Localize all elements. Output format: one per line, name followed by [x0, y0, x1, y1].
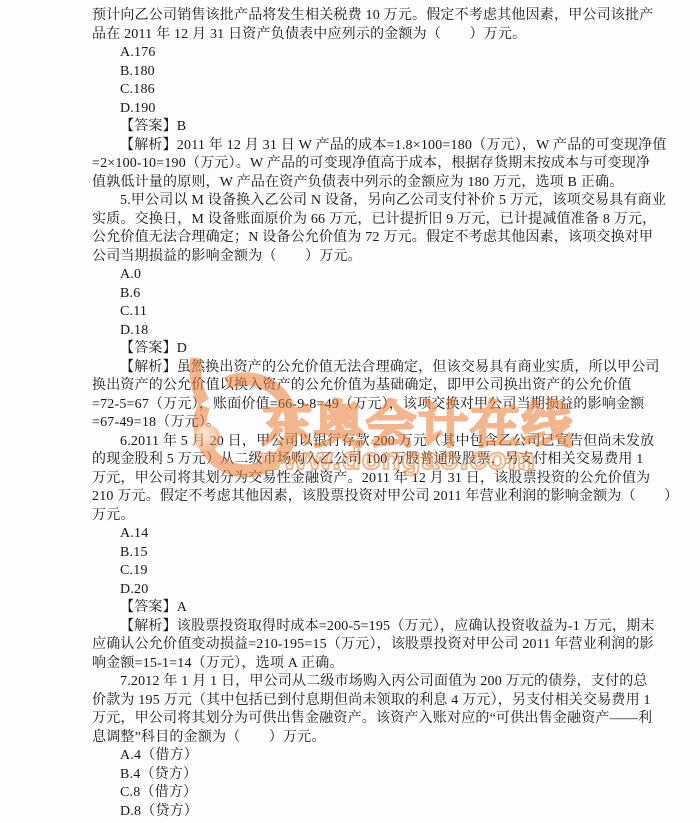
text-line-analysis: =67-49=18（万元）。: [92, 414, 652, 433]
text-line-option: A.0: [92, 266, 652, 285]
text-line-option: A.4（借方）: [92, 747, 652, 766]
text-line-question: 价款为 195 万元（其中包括已到付息期但尚未领取的利息 4 万元），另支付相关…: [92, 692, 652, 711]
text-line-option: C.11: [92, 303, 652, 322]
text-line-analysis: 响金额=15-1=14（万元），选项 A 正确。: [92, 655, 652, 674]
text-line-option: D.20: [92, 581, 652, 600]
text-line-answer: 【答案】D: [92, 340, 652, 359]
text-line-analysis: 【解析】2011 年 12 月 31 日 W 产品的成本=1.8×100=180…: [92, 137, 652, 156]
text-line-analysis: 【解析】虽然换出资产的公允价值无法合理确定，但该交易具有商业实质，所以甲公司: [92, 359, 652, 378]
text-line-question: 公司当期损益的影响金额为（ ）万元。: [92, 248, 652, 267]
text-line-option: A.14: [92, 525, 652, 544]
text-line-analysis: 【解析】该股票投资取得时成本=200-5=195（万元），应确认投资收益为-1 …: [92, 618, 652, 637]
text-line-question: 5.甲公司以 M 设备换入乙公司 N 设备，另向乙公司支付补价 5 万元，该项交…: [92, 192, 652, 211]
text-line-question: 万元。: [92, 507, 652, 526]
document-page: 预计向乙公司销售该批产品将发生相关税费 10 万元。假定不考虑其他因素，甲公司该…: [0, 0, 700, 823]
text-line-option: B.180: [92, 63, 652, 82]
text-line-analysis: 应确认公允价值变动损益=210-195=15（万元），该股票投资对甲公司 201…: [92, 636, 652, 655]
text-line-option: D.8（贷方）: [92, 803, 652, 822]
text-line-question: 的现金股利 5 万元）从二级市场购入乙公司 100 万股普通股股票，另支付相关交…: [92, 451, 652, 470]
text-line-option: A.176: [92, 44, 652, 63]
text-line-body: 预计向乙公司销售该批产品将发生相关税费 10 万元。假定不考虑其他因素，甲公司该…: [92, 7, 652, 26]
text-line-analysis: =2×100-10=190（万元）。W 产品的可变现净值高于成本，根据存货期末按…: [92, 155, 652, 174]
text-line-option: B.4（贷方）: [92, 766, 652, 785]
text-line-question: 210 万元。假定不考虑其他因素，该股票投资对甲公司 2011 年营业利润的影响…: [92, 488, 652, 507]
text-line-question: 实质。交换日，M 设备账面原价为 66 万元，已计提折旧 9 万元，已计提减值准…: [92, 211, 652, 230]
text-line-question: 万元，甲公司将其划分为可供出售金融资产。该资产入账对应的“可供出售金融资产——利: [92, 710, 652, 729]
text-line-option: C.8（借方）: [92, 784, 652, 803]
text-line-answer: 【答案】A: [92, 599, 652, 618]
text-line-answer: 【答案】B: [92, 118, 652, 137]
text-line-question: 万元，甲公司将其划分为交易性金融资产。2011 年 12 月 31 日，该股票投…: [92, 470, 652, 489]
text-line-question: 6.2011 年 5 月 20 日，甲公司以银行存款 200 万元（其中包含乙公…: [92, 433, 652, 452]
text-line-question: 息调整”科目的金额为（ ）万元。: [92, 729, 652, 748]
text-line-body: 品在 2011 年 12 月 31 日资产负债表中应列示的金额为（ ）万元。: [92, 26, 652, 45]
text-line-analysis: 值孰低计量的原则，W 产品在资产负债表中列示的金额应为 180 万元，选项 B …: [92, 174, 652, 193]
text-line-option: D.190: [92, 100, 652, 119]
text-line-option: D.18: [92, 322, 652, 341]
text-line-analysis: =72-5=67（万元），账面价值=66-9-8=49（万元），该项交换对甲公司…: [92, 396, 652, 415]
text-line-option: C.19: [92, 562, 652, 581]
text-line-option: B.6: [92, 285, 652, 304]
question-text-block: 预计向乙公司销售该批产品将发生相关税费 10 万元。假定不考虑其他因素，甲公司该…: [92, 7, 652, 821]
text-line-question: 公允价值无法合理确定；N 设备公允价值为 72 万元。假定不考虑其他因素，该项交…: [92, 229, 652, 248]
text-line-question: 7.2012 年 1 月 1 日，甲公司从二级市场购入丙公司面值为 200 万元…: [92, 673, 652, 692]
text-line-option: C.186: [92, 81, 652, 100]
text-line-option: B.15: [92, 544, 652, 563]
text-line-analysis: 换出资产的公允价值以换入资产的公允价值为基础确定，即甲公司换出资产的公允价值: [92, 377, 652, 396]
